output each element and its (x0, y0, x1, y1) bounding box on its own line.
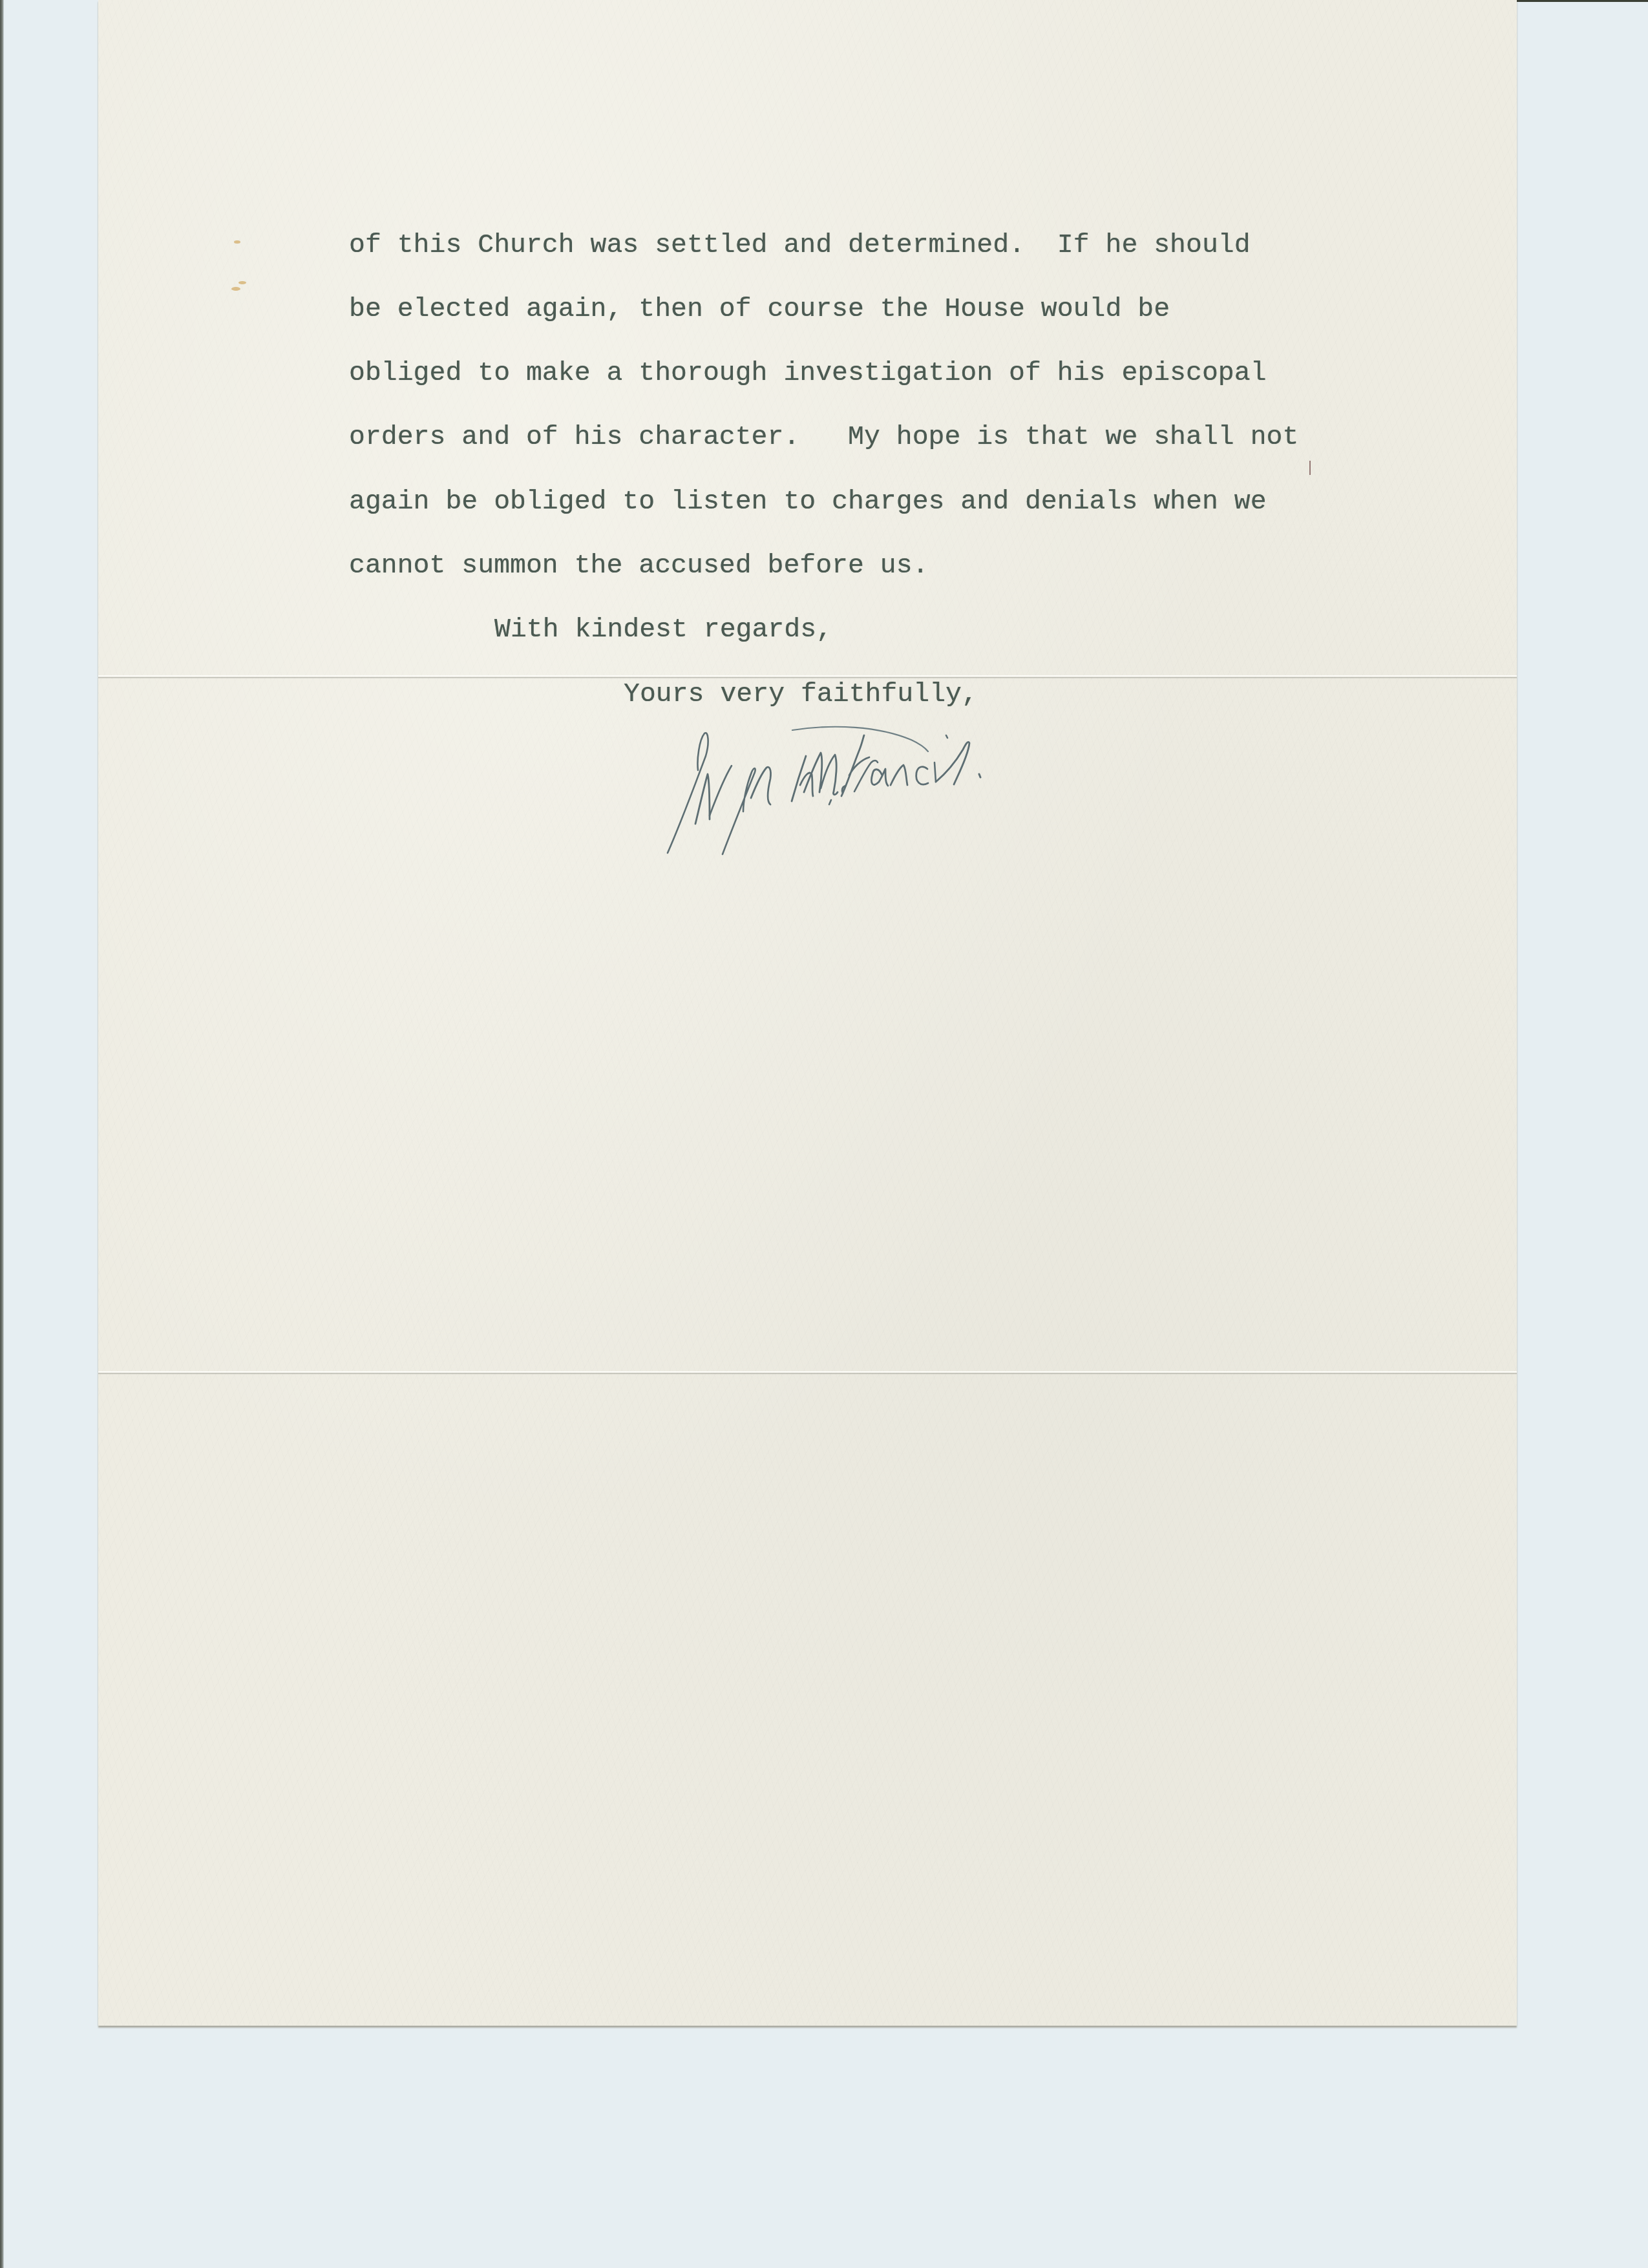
letter-body-line: orders and of his character. My hope is … (349, 421, 1298, 454)
paper-fleck (238, 281, 246, 284)
letter-body-line: obliged to make a thorough investigation… (349, 357, 1267, 390)
scanner-bed-edge-top (1517, 0, 1648, 2)
valediction: Yours very faithfully, (624, 678, 978, 711)
letter-body-line: again be obliged to listen to charges an… (349, 486, 1267, 518)
scanner-bed-edge (0, 0, 4, 2268)
closing-regards: With kindest regards, (494, 614, 832, 646)
handwritten-signature (659, 711, 1202, 872)
paper-fleck (231, 287, 240, 291)
margin-tick-mark (1309, 461, 1311, 475)
letter-body-line: cannot summon the accused before us. (349, 550, 929, 582)
fold-crease (98, 1371, 1517, 1374)
paper-fleck (234, 240, 240, 244)
letter-body-line: be elected again, then of course the Hou… (349, 293, 1170, 326)
letter-body-line: of this Church was settled and determine… (349, 229, 1251, 262)
letter-page: of this Church was settled and determine… (98, 0, 1517, 2026)
